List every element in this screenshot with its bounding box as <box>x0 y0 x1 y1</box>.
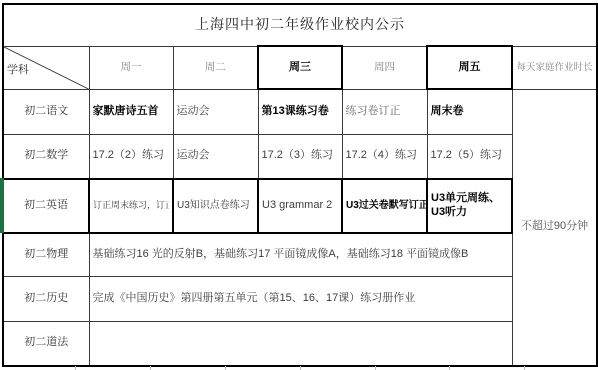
header-friday: 周五 <box>427 46 512 89</box>
subject-history: 初二历史 <box>3 276 89 321</box>
cell-math-mon: 17.2（2）练习 <box>89 134 173 179</box>
cell-physics-week: 基础练习16 光的反射B，基础练习17 平面镜成像A，基础练习18 平面镜成像B <box>89 233 512 276</box>
cell-chinese-mon: 家默唐诗五首 <box>89 89 173 134</box>
header-thursday: 周四 <box>342 46 427 89</box>
header-wednesday: 周三 <box>258 46 342 89</box>
header-duration: 每天家庭作业时长 <box>512 46 597 89</box>
row-physics: 初二物理 基础练习16 光的反射B，基础练习17 平面镜成像A，基础练习18 平… <box>3 233 597 276</box>
cell-english-fri: U3单元周练、U3听力 <box>427 179 512 233</box>
sheet-gridline-tick <box>449 366 450 370</box>
row-morality: 初二道法 <box>3 321 597 366</box>
cell-math-thu: 17.2（4）练习 <box>342 134 427 179</box>
cell-math-tue: 运动会 <box>173 134 258 179</box>
sheet-gridline-tick <box>150 366 151 370</box>
cell-math-fri: 17.2（5）练习 <box>427 134 512 179</box>
row-highlight-strip <box>0 178 4 233</box>
cell-chinese-thu: 练习卷订正 <box>342 89 427 134</box>
sheet-gridline-tick <box>375 366 376 370</box>
row-english: 初二英语 订正周末练习，订正阶 U3知识点卷练习 U3 grammar 2 U3… <box>3 179 597 233</box>
sheet-gridline-tick <box>225 366 226 370</box>
sheet-gridline-tick <box>524 366 525 370</box>
homework-notice-sheet: 上海四中初二年级作业校内公示 学科 周一 周二 周三 周四 周五 每天家庭作业时… <box>0 0 598 370</box>
subject-physics: 初二物理 <box>3 233 89 276</box>
subject-axis-label: 学科 <box>7 64 29 78</box>
cell-chinese-wed: 第13课练习卷 <box>258 89 342 134</box>
sheet-gridline-tick <box>75 366 76 370</box>
row-math: 初二数学 17.2（2）练习 运动会 17.2（3）练习 17.2（4）练习 1… <box>3 134 597 179</box>
cell-history-week: 完成《中国历史》第四册第五单元（第15、16、17课）练习册作业 <box>89 276 512 321</box>
cell-english-wed: U3 grammar 2 <box>258 179 342 233</box>
corner-header-cell: 学科 <box>3 46 89 89</box>
cell-morality-week <box>89 321 512 366</box>
subject-math: 初二数学 <box>3 134 89 179</box>
cell-english-tue: U3知识点卷练习 <box>173 179 258 233</box>
cell-english-mon-text: 订正周末练习，订正阶 <box>93 200 169 211</box>
cell-english-thu: U3过关卷默写订正 <box>342 179 427 233</box>
sheet-gridline-tick <box>300 366 301 370</box>
row-history: 初二历史 完成《中国历史》第四册第五单元（第15、16、17课）练习册作业 <box>3 276 597 321</box>
cell-math-wed: 17.2（3）练习 <box>258 134 342 179</box>
duration-value-cell: 不超过90分钟 <box>512 89 597 366</box>
cell-chinese-tue: 运动会 <box>173 89 258 134</box>
subject-english: 初二英语 <box>3 179 89 233</box>
cell-english-mon: 订正周末练习，订正阶 <box>89 179 173 233</box>
page-title: 上海四中初二年级作业校内公示 <box>3 4 597 46</box>
cell-chinese-fri: 周末卷 <box>427 89 512 134</box>
homework-table: 上海四中初二年级作业校内公示 学科 周一 周二 周三 周四 周五 每天家庭作业时… <box>2 3 598 367</box>
subject-chinese: 初二语文 <box>3 89 89 134</box>
header-tuesday: 周二 <box>173 46 258 89</box>
subject-morality: 初二道法 <box>3 321 89 366</box>
row-chinese: 初二语文 家默唐诗五首 运动会 第13课练习卷 练习卷订正 周末卷 不超过90分… <box>3 89 597 134</box>
header-monday: 周一 <box>89 46 173 89</box>
